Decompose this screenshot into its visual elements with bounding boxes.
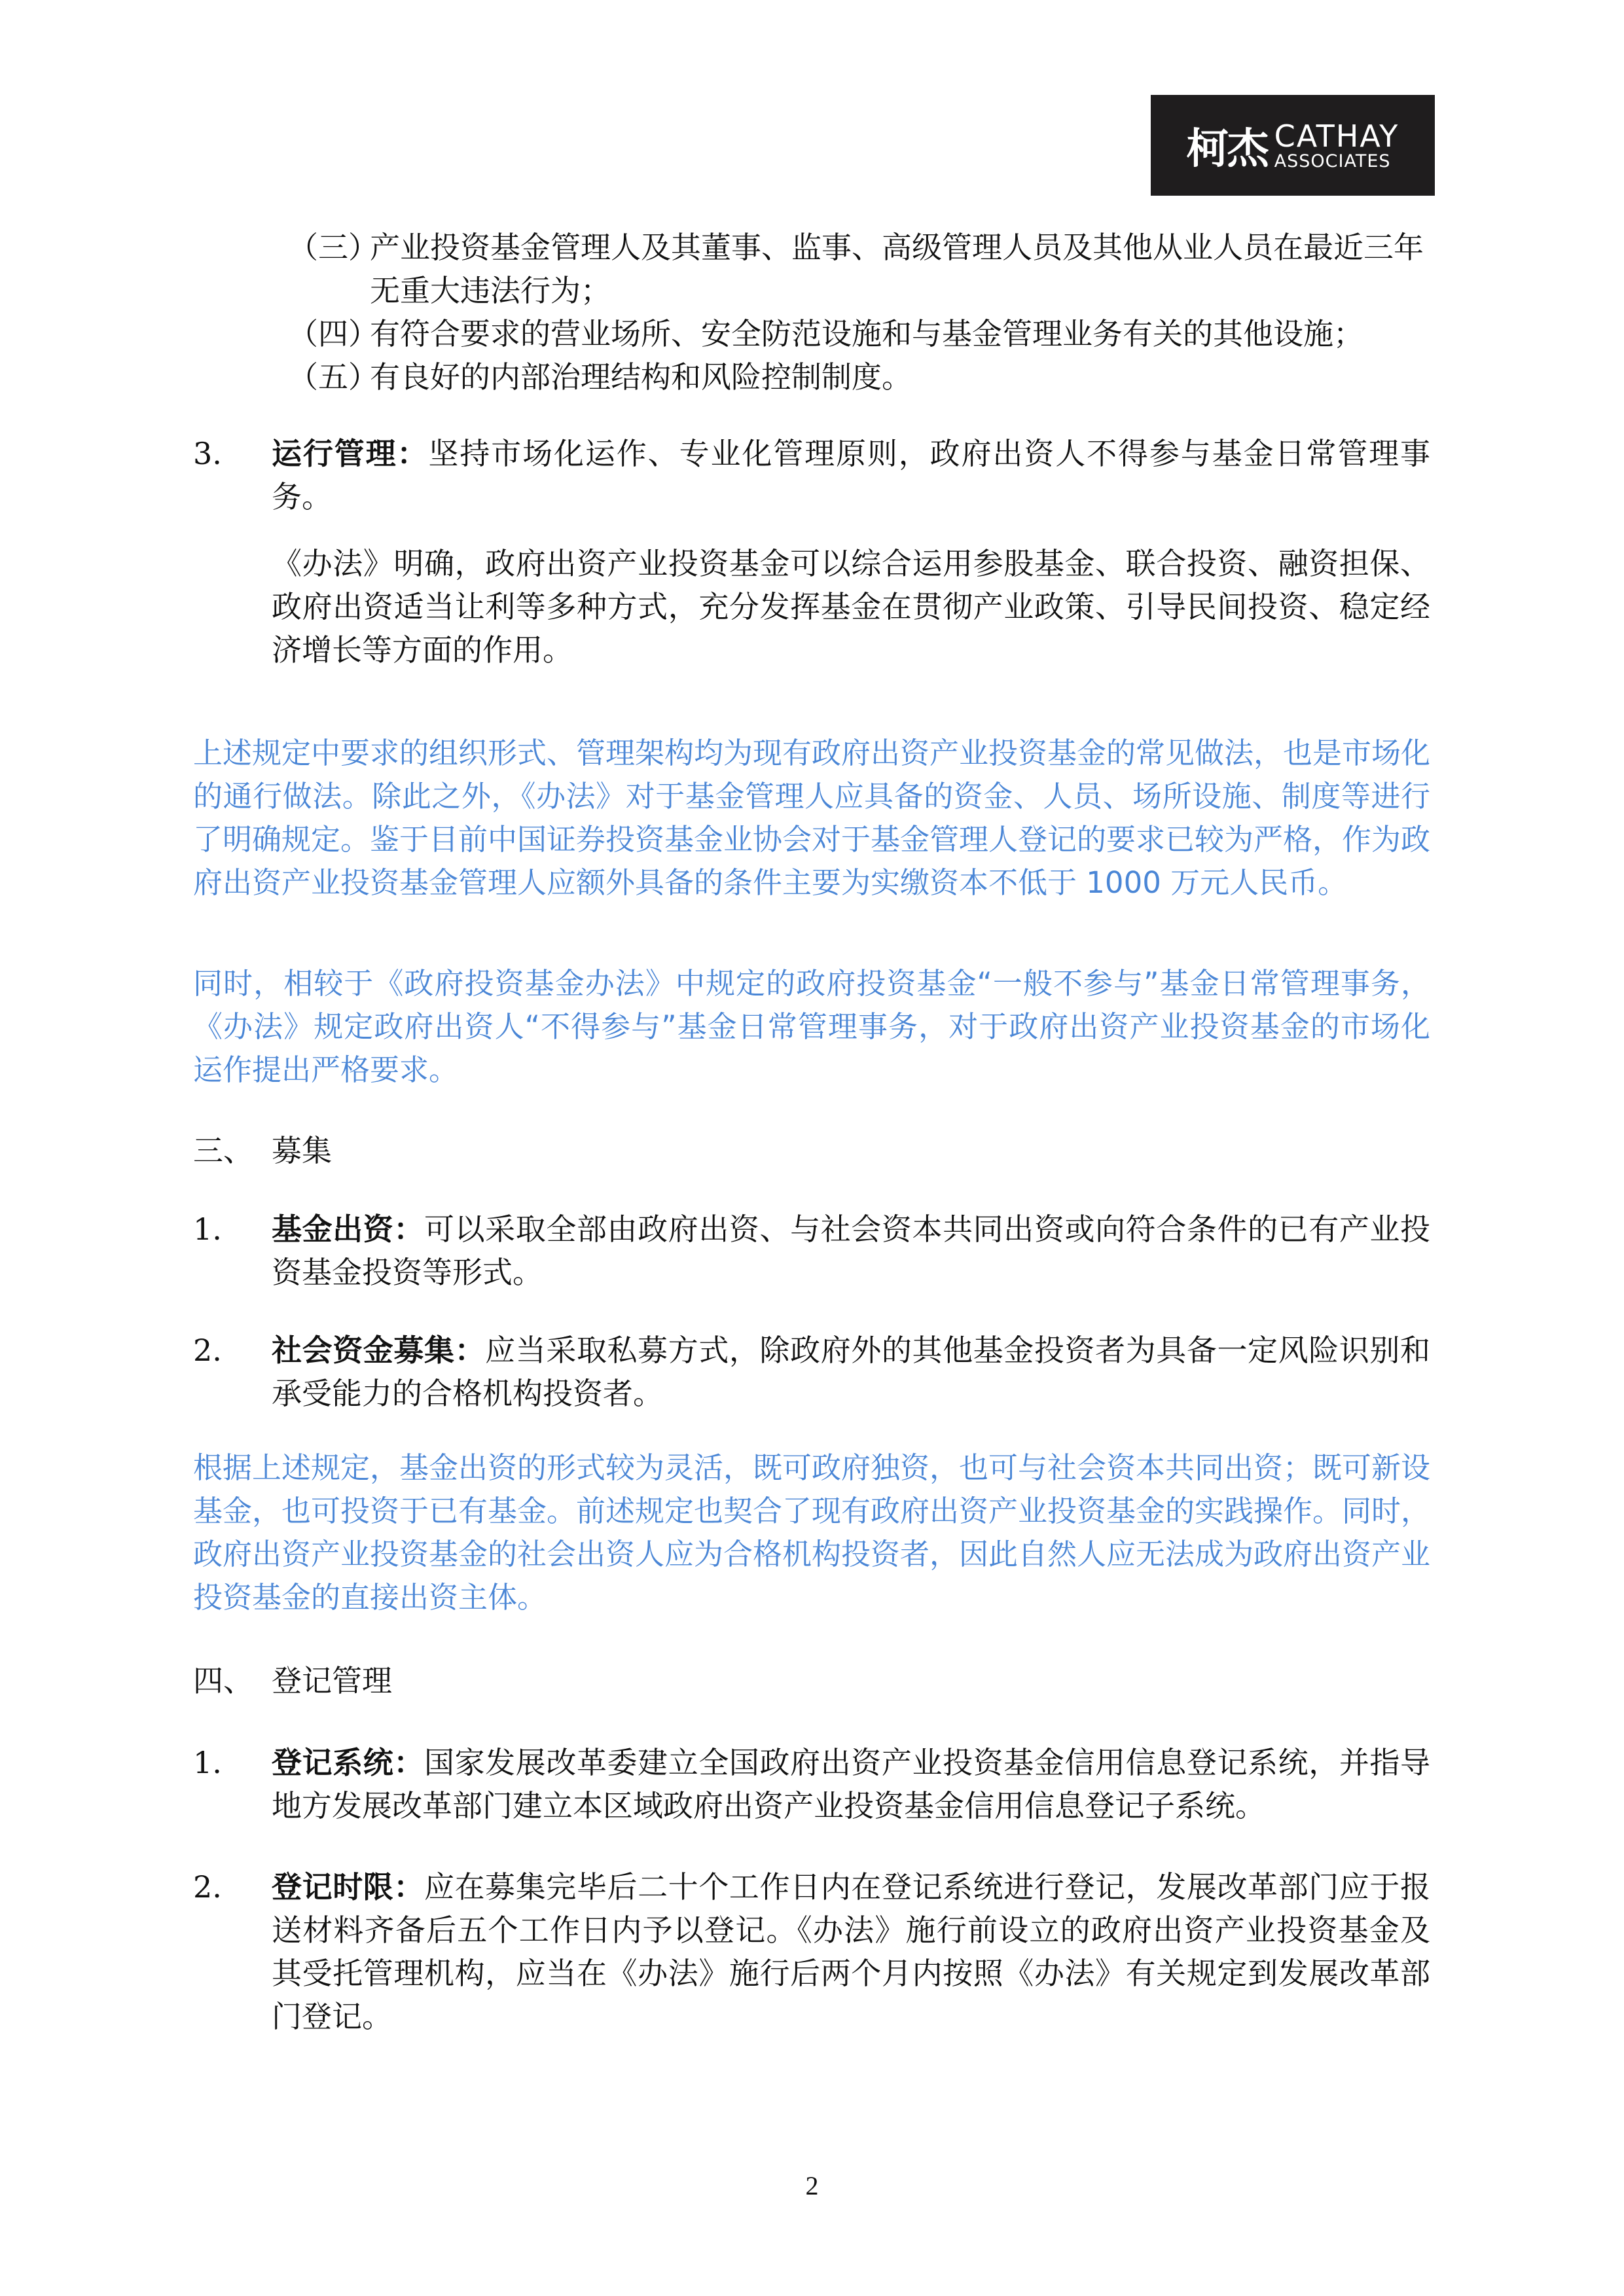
cathay-associates-logo: 柯杰 CATHAY ASSOCIATES [1151,95,1435,196]
list-item-body: 社会资金募集：应当采取私募方式，除政府外的其他基金投资者为具备一定风险识别和承受… [272,1329,1430,1415]
sub-item-mark: （四） [288,312,378,355]
commentary-paragraph-1: 上述规定中要求的组织形式、管理架构均为现有政府出资产业投资基金的常见做法，也是市… [193,732,1430,905]
list-item-registration-deadline: 2. 登记时限：应在募集完毕后二十个工作日内在登记系统进行登记，发展改革部门应于… [193,1865,1430,2038]
sub-item-text: 有良好的内部治理结构和风险控制制度。 [370,355,1440,399]
list-item-text: 应在募集完毕后二十个工作日内在登记系统进行登记，发展改革部门应于报送材料齐备后五… [272,1869,1430,2034]
commentary-paragraph-2: 同时，相较于《政府投资基金办法》中规定的政府投资基金“一般不参与”基金日常管理事… [193,962,1430,1092]
list-item-number: 1. [193,1741,222,1784]
sub-item-mark: （三） [288,226,378,269]
list-item-title: 运行管理： [272,436,428,471]
sub-item-5: （五） 有良好的内部治理结构和风险控制制度。 [288,355,1440,399]
list-item-body: 登记系统：国家发展改革委建立全国政府出资产业投资基金信用信息登记系统，并指导地方… [272,1741,1430,1827]
section-heading-fundraising: 三、募集 [193,1129,332,1172]
list-item-text: 坚持市场化运作、专业化管理原则，政府出资人不得参与基金日常管理事务。 [272,436,1430,514]
list-item-operation-management: 3. 运行管理：坚持市场化运作、专业化管理原则，政府出资人不得参与基金日常管理事… [193,432,1430,518]
list-item-registration-system: 1. 登记系统：国家发展改革委建立全国政府出资产业投资基金信用信息登记系统，并指… [193,1741,1430,1827]
list-item-title: 社会资金募集： [272,1333,485,1368]
section-title: 登记管理 [272,1663,392,1698]
list-item-fund-contribution: 1. 基金出资：可以采取全部由政府出资、与社会资本共同出资或向符合条件的已有产业… [193,1208,1430,1294]
section-heading-registration: 四、登记管理 [193,1659,392,1702]
logo-line-cathay: CATHAY [1274,121,1399,151]
list-item-text: 国家发展改革委建立全国政府出资产业投资基金信用信息登记系统，并指导地方发展改革部… [272,1745,1430,1823]
list-item-number: 2. [193,1329,222,1372]
list-item-number: 1. [193,1208,222,1251]
list-item-body: 运行管理：坚持市场化运作、专业化管理原则，政府出资人不得参与基金日常管理事务。 [272,432,1430,518]
list-item-number: 2. [193,1865,222,1909]
section-number: 四、 [193,1659,272,1702]
list-item-title: 基金出资： [272,1211,424,1247]
list-item-number: 3. [193,432,222,475]
list-item-body: 登记时限：应在募集完毕后二十个工作日内在登记系统进行登记，发展改革部门应于报送材… [272,1865,1430,2038]
paragraph-measures-methods: 《办法》明确，政府出资产业投资基金可以综合运用参股基金、联合投资、融资担保、政府… [272,542,1430,672]
list-item-social-capital-raising: 2. 社会资金募集：应当采取私募方式，除政府外的其他基金投资者为具备一定风险识别… [193,1329,1430,1415]
sub-item-text: 有符合要求的营业场所、安全防范设施和与基金管理业务有关的其他设施； [370,312,1440,355]
page-number: 2 [0,2170,1624,2201]
sub-item-3: （三） 产业投资基金管理人及其董事、监事、高级管理人员及其他从业人员在最近三年无… [288,226,1440,312]
sub-item-mark: （五） [288,355,378,399]
list-item-text: 可以采取全部由政府出资、与社会资本共同出资或向符合条件的已有产业投资基金投资等形… [272,1211,1430,1290]
logo-chinese-name: 柯杰 [1187,115,1268,175]
sub-item-4: （四） 有符合要求的营业场所、安全防范设施和与基金管理业务有关的其他设施； [288,312,1440,355]
list-item-title: 登记系统： [272,1745,424,1780]
section-number: 三、 [193,1129,272,1172]
list-item-title: 登记时限： [272,1869,424,1905]
logo-line-associates: ASSOCIATES [1274,152,1399,170]
logo-english-name: CATHAY ASSOCIATES [1274,121,1399,170]
commentary-paragraph-3: 根据上述规定，基金出资的形式较为灵活，既可政府独资，也可与社会资本共同出资；既可… [193,1446,1430,1619]
section-title: 募集 [272,1133,332,1168]
list-item-body: 基金出资：可以采取全部由政府出资、与社会资本共同出资或向符合条件的已有产业投资基… [272,1208,1430,1294]
sub-item-text: 产业投资基金管理人及其董事、监事、高级管理人员及其他从业人员在最近三年无重大违法… [370,226,1440,312]
